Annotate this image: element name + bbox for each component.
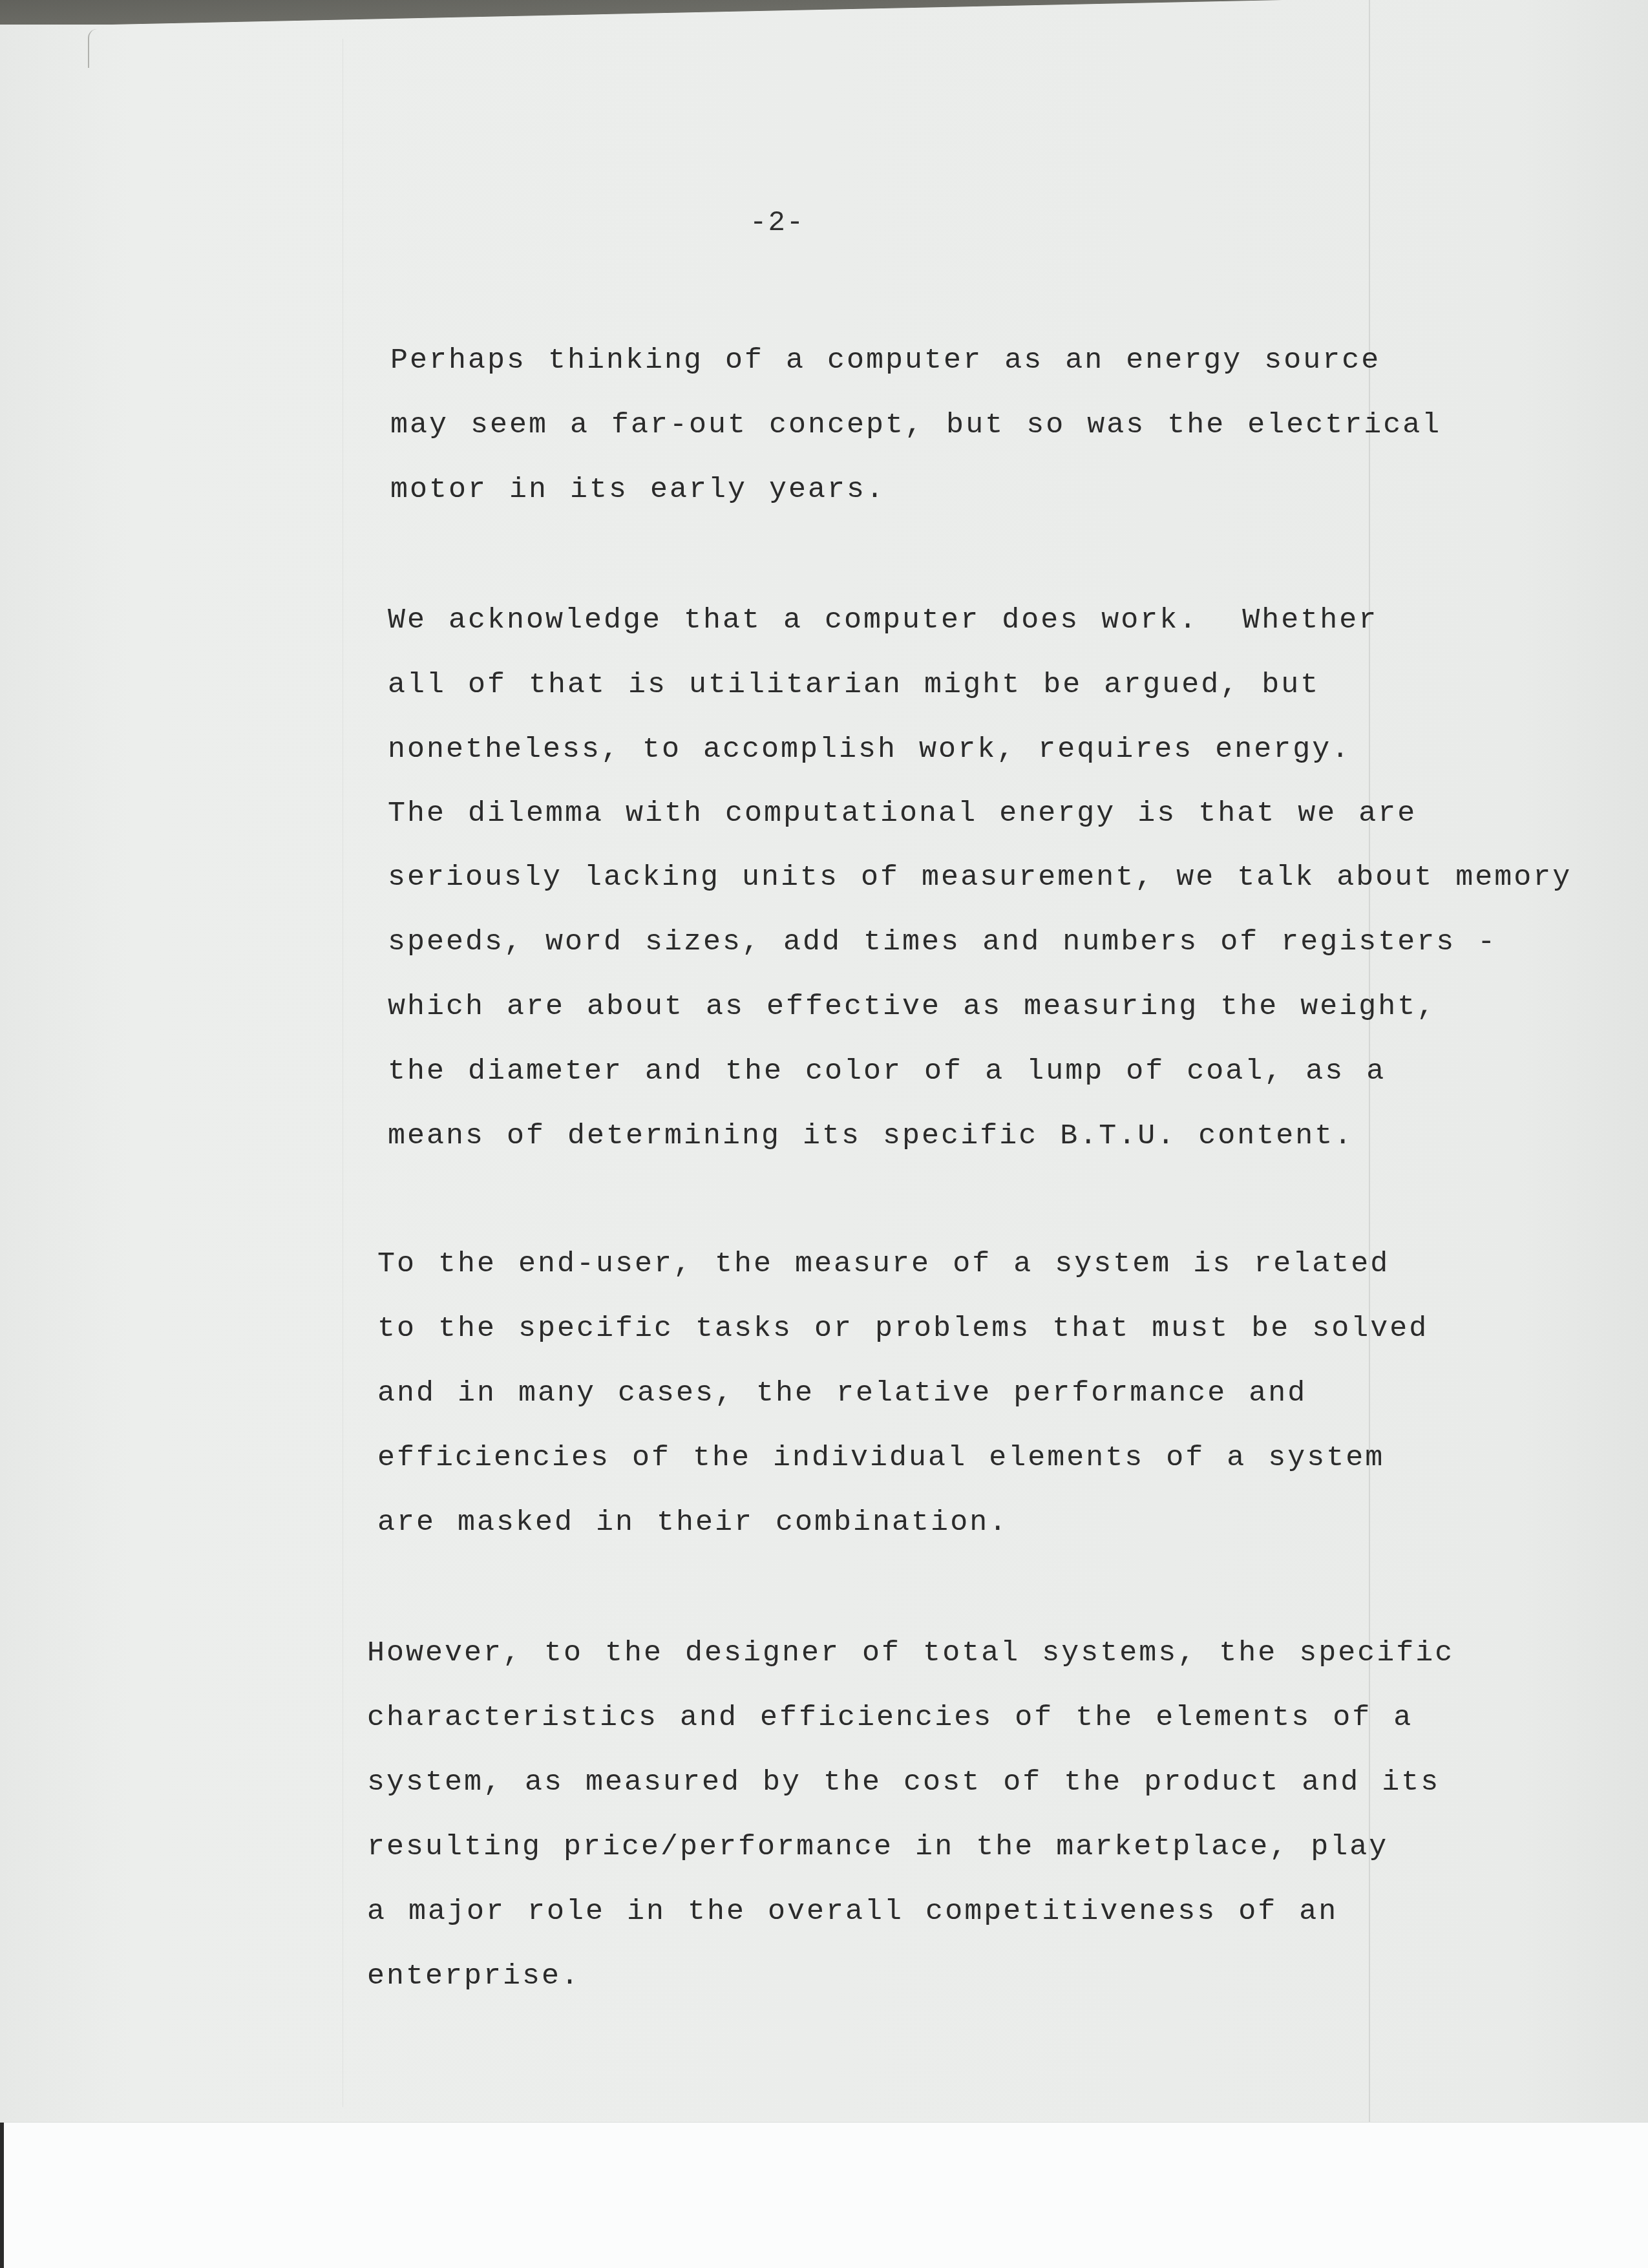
paragraph-4: However, to the designer of total system… bbox=[367, 1621, 1454, 2009]
paragraph-line: to the specific tasks or problems that m… bbox=[377, 1297, 1428, 1361]
paragraph-line: speeds, word sizes, add times and number… bbox=[388, 910, 1572, 975]
paragraph-line: The dilemma with computational energy is… bbox=[388, 782, 1572, 845]
paragraph-line: system, as measured by the cost of the p… bbox=[367, 1750, 1454, 1815]
paragraph-line: which are about as effective as measurin… bbox=[388, 975, 1572, 1039]
paragraph-line: motor in its early years. bbox=[390, 458, 1441, 522]
paragraph-line: a major role in the overall competitiven… bbox=[367, 1880, 1454, 1944]
paragraph-line: and in many cases, the relative performa… bbox=[377, 1361, 1428, 1426]
paragraph-3: To the end-user, the measure of a system… bbox=[377, 1232, 1428, 1555]
scanner-bed-area bbox=[0, 2122, 1648, 2268]
paragraph-line: nonetheless, to accomplish work, require… bbox=[388, 717, 1572, 782]
corner-mark bbox=[88, 29, 98, 68]
page-number: -2- bbox=[750, 207, 805, 239]
paragraph-1: Perhaps thinking of a computer as an ene… bbox=[390, 328, 1441, 522]
paragraph-line: To the end-user, the measure of a system… bbox=[377, 1232, 1428, 1297]
paragraph-line: We acknowledge that a computer does work… bbox=[388, 588, 1572, 653]
paragraph-line: characteristics and efficiencies of the … bbox=[367, 1686, 1454, 1750]
scanned-page: -2- Perhaps thinking of a computer as an… bbox=[0, 0, 1648, 2122]
paragraph-line: efficiencies of the individual elements … bbox=[377, 1426, 1428, 1490]
paragraph-line: Perhaps thinking of a computer as an ene… bbox=[390, 328, 1441, 393]
scan-edge-band bbox=[0, 0, 1648, 25]
paragraph-line: seriously lacking units of measurement, … bbox=[388, 845, 1572, 910]
paragraph-line: enterprise. bbox=[367, 1944, 1454, 2009]
paragraph-line: However, to the designer of total system… bbox=[367, 1621, 1454, 1686]
paragraph-line: the diameter and the color of a lump of … bbox=[388, 1039, 1572, 1104]
paragraph-2: We acknowledge that a computer does work… bbox=[388, 588, 1572, 1169]
paragraph-line: means of determining its specific B.T.U.… bbox=[388, 1104, 1572, 1169]
paragraph-line: resulting price/performance in the marke… bbox=[367, 1815, 1454, 1880]
paragraph-line: are masked in their combination. bbox=[377, 1490, 1428, 1555]
paragraph-line: may seem a far-out concept, but so was t… bbox=[390, 393, 1441, 458]
paragraph-line: all of that is utilitarian might be argu… bbox=[388, 653, 1572, 717]
margin-line bbox=[343, 39, 343, 2107]
